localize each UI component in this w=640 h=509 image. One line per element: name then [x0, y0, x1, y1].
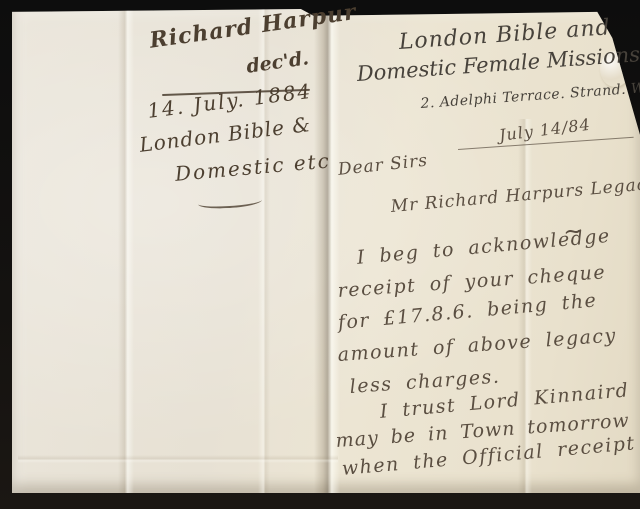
letter-photograph: Richard Harpur dec'd. 14. July. 1884 Lon… [0, 0, 640, 509]
fold-crease-inner [258, 9, 270, 493]
horizontal-crease [18, 455, 338, 463]
fold-crease-center [314, 9, 340, 493]
fold-crease-left [118, 9, 134, 493]
